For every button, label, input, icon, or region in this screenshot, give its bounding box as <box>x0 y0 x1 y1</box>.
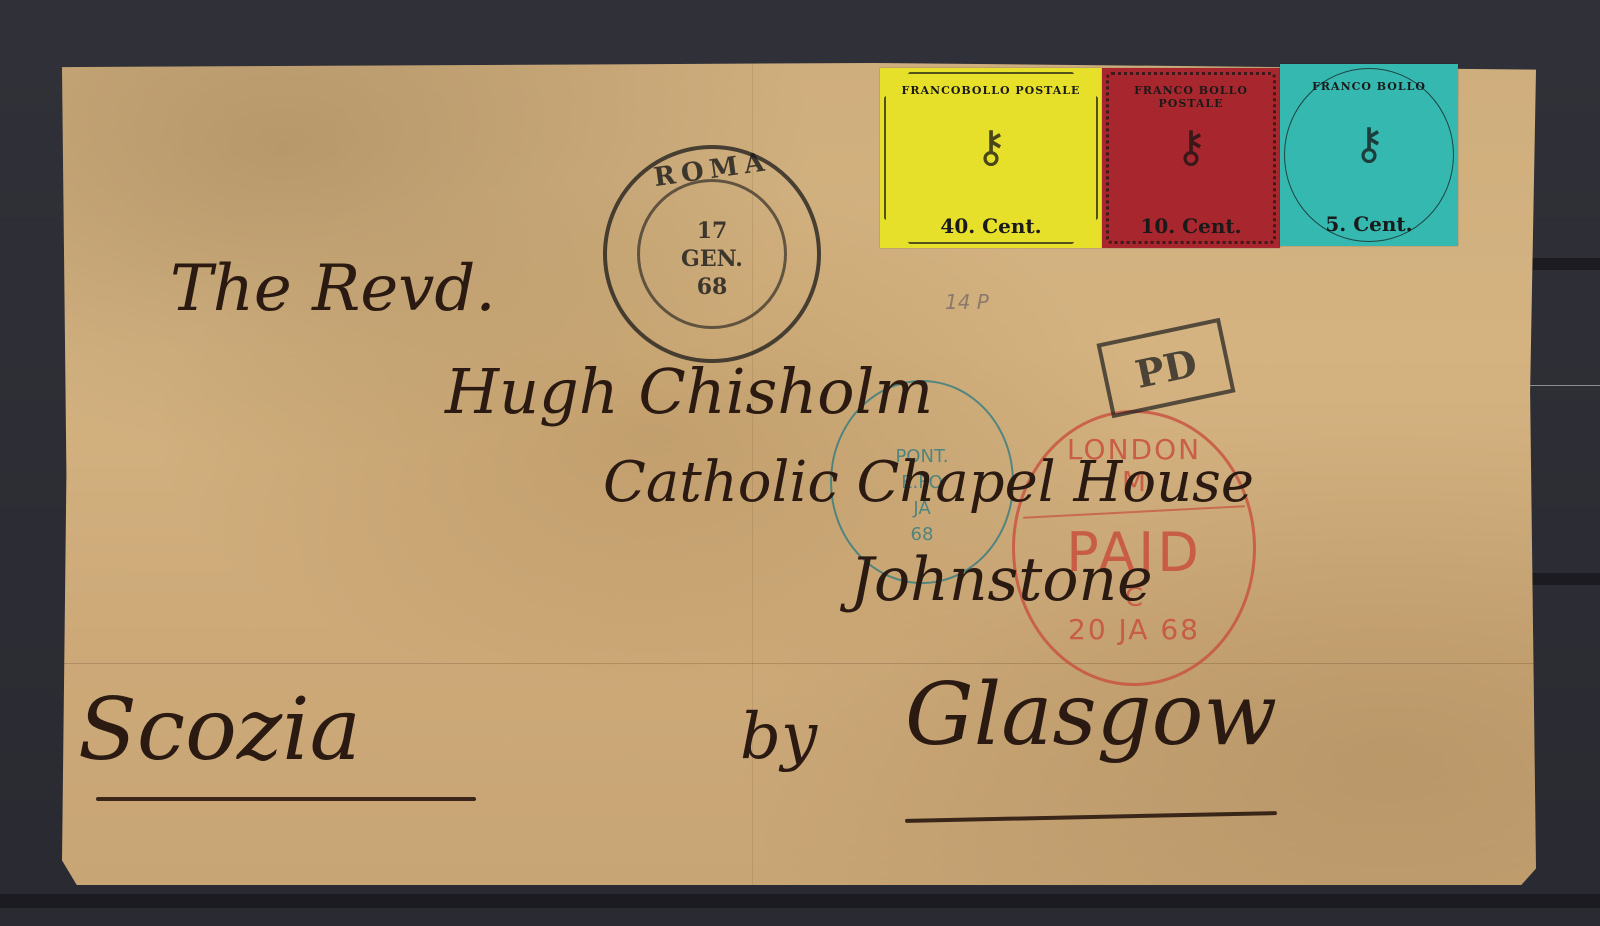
postmark-month: GEN. <box>607 245 817 273</box>
stamp-header: FRANCO BOLLO <box>1280 80 1458 93</box>
envelope-fold <box>62 663 1536 664</box>
country-underline <box>96 797 476 801</box>
stamp-value: 40. Cent. <box>880 214 1102 238</box>
address-country: Scozia <box>78 680 361 780</box>
stamp-value: 5. Cent. <box>1280 212 1458 236</box>
postmark-day: 17 <box>607 217 817 245</box>
address-line-3: Catholic Chapel House <box>603 450 1254 515</box>
backdrop-band <box>1530 573 1600 585</box>
stamp-value: 10. Cent. <box>1102 214 1280 238</box>
stamp-5-cent: FRANCO BOLLO ⚷ 5. Cent. <box>1280 64 1458 246</box>
address-line-4: Johnstone <box>850 545 1153 615</box>
roma-postmark: ROMA 17 GEN. 68 <box>603 145 821 363</box>
stamp-header: FRANCOBOLLO POSTALE <box>880 84 1102 97</box>
papal-keys-icon: ⚷ <box>1175 122 1207 173</box>
address-line-2: Hugh Chisholm <box>445 355 933 428</box>
papal-keys-icon: ⚷ <box>975 122 1007 173</box>
address-route-city: Glasgow <box>905 665 1277 765</box>
stamp-header: FRANCO BOLLO POSTALE <box>1102 84 1280 110</box>
postmark-year: 68 <box>607 273 817 301</box>
backdrop-glint <box>1530 385 1600 386</box>
address-line-1: The Revd. <box>170 252 496 326</box>
stamp-10-cent: FRANCO BOLLO POSTALE ⚷ 10. Cent. <box>1102 68 1280 248</box>
postmark-date: 20 JA 68 <box>1015 613 1253 646</box>
papal-keys-icon: ⚷ <box>1353 119 1385 170</box>
backdrop-band <box>0 894 1600 908</box>
postmark-date: 17 GEN. 68 <box>607 217 817 301</box>
backdrop-band <box>1530 258 1600 270</box>
address-route-by: by <box>740 700 817 774</box>
stamp-40-cent: FRANCOBOLLO POSTALE ⚷ 40. Cent. <box>880 68 1102 248</box>
pencil-notation: 14 P <box>945 290 989 314</box>
